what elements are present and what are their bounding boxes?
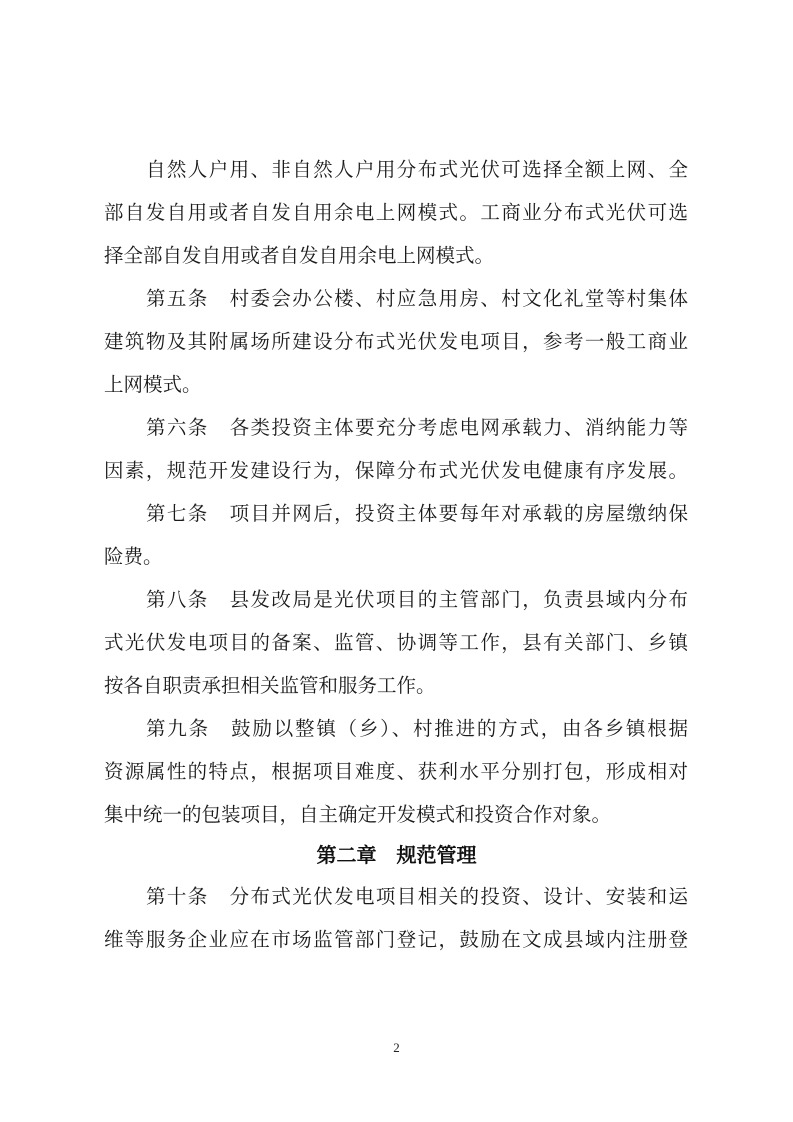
article-8-line: 按各自职责承担相关监管和服务工作。 — [104, 671, 688, 701]
article-9-line: 资源属性的特点，根据项目难度、获利水平分别打包，形成相对 — [104, 757, 688, 787]
article-9-line: 第九条 鼓励以整镇（乡）、村推进的方式，由各乡镇根据 — [146, 714, 688, 744]
article-10-line: 维等服务企业应在市场监管部门登记，鼓励在文成县域内注册登 — [104, 925, 688, 955]
paragraph-line: 自然人户用、非自然人户用分布式光伏可选择全额上网、全 — [146, 155, 688, 185]
article-7-line: 险费。 — [104, 542, 688, 572]
article-5-line: 上网模式。 — [104, 370, 688, 400]
article-6-line: 第六条 各类投资主体要充分考虑电网承载力、消纳能力等 — [146, 413, 688, 443]
chapter-heading: 第二章 规范管理 — [0, 840, 793, 870]
article-10-line: 第十条 分布式光伏发电项目相关的投资、设计、安装和运 — [146, 882, 688, 912]
paragraph-line: 部自发自用或者自发自用余电上网模式。工商业分布式光伏可选 — [104, 198, 688, 228]
document-page: 自然人户用、非自然人户用分布式光伏可选择全额上网、全 部自发自用或者自发自用余电… — [0, 0, 793, 1122]
article-5-line: 第五条 村委会办公楼、村应急用房、村文化礼堂等村集体 — [146, 284, 688, 314]
article-7-line: 第七条 项目并网后，投资主体要每年对承载的房屋缴纳保 — [146, 499, 688, 529]
article-8-line: 第八条 县发改局是光伏项目的主管部门，负责县域内分布 — [146, 585, 688, 615]
page-number: 2 — [0, 1040, 793, 1056]
chapter-heading-text: 第二章 规范管理 — [317, 843, 477, 867]
article-5-line: 建筑物及其附属场所建设分布式光伏发电项目，参考一般工商业 — [104, 327, 688, 357]
paragraph-line: 择全部自发自用或者自发自用余电上网模式。 — [104, 241, 688, 271]
article-9-line: 集中统一的包装项目，自主确定开发模式和投资合作对象。 — [104, 800, 688, 830]
article-6-line: 因素，规范开发建设行为，保障分布式光伏发电健康有序发展。 — [104, 456, 688, 486]
article-8-line: 式光伏发电项目的备案、监管、协调等工作，县有关部门、乡镇 — [104, 628, 688, 658]
